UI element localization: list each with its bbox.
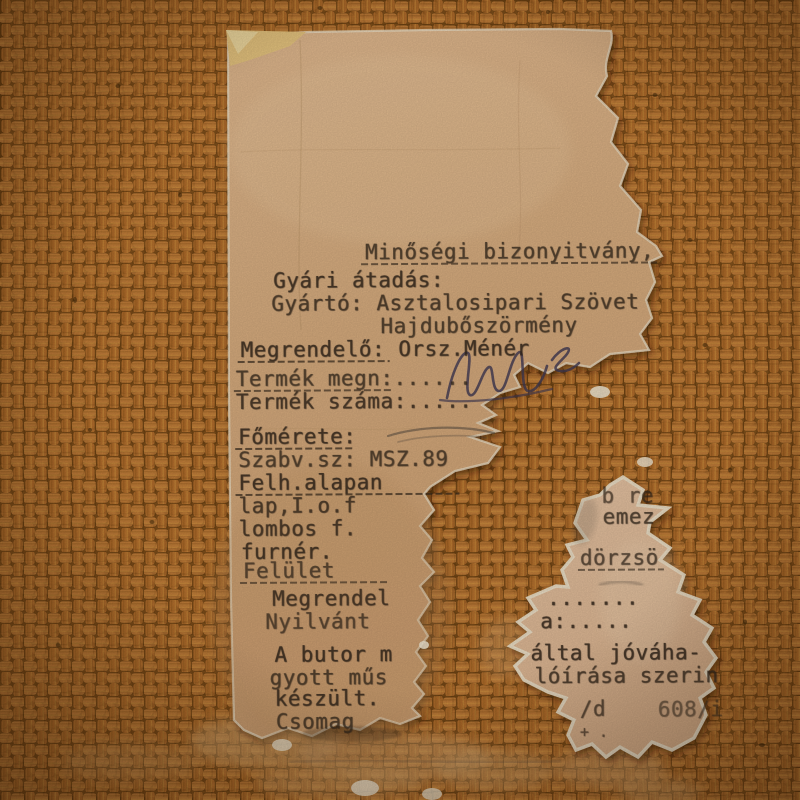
- furniture-back-photo: Minőségi bizonyitvány,: [0, 0, 800, 800]
- photo-canvas: [0, 0, 800, 800]
- film-grain: [0, 0, 800, 800]
